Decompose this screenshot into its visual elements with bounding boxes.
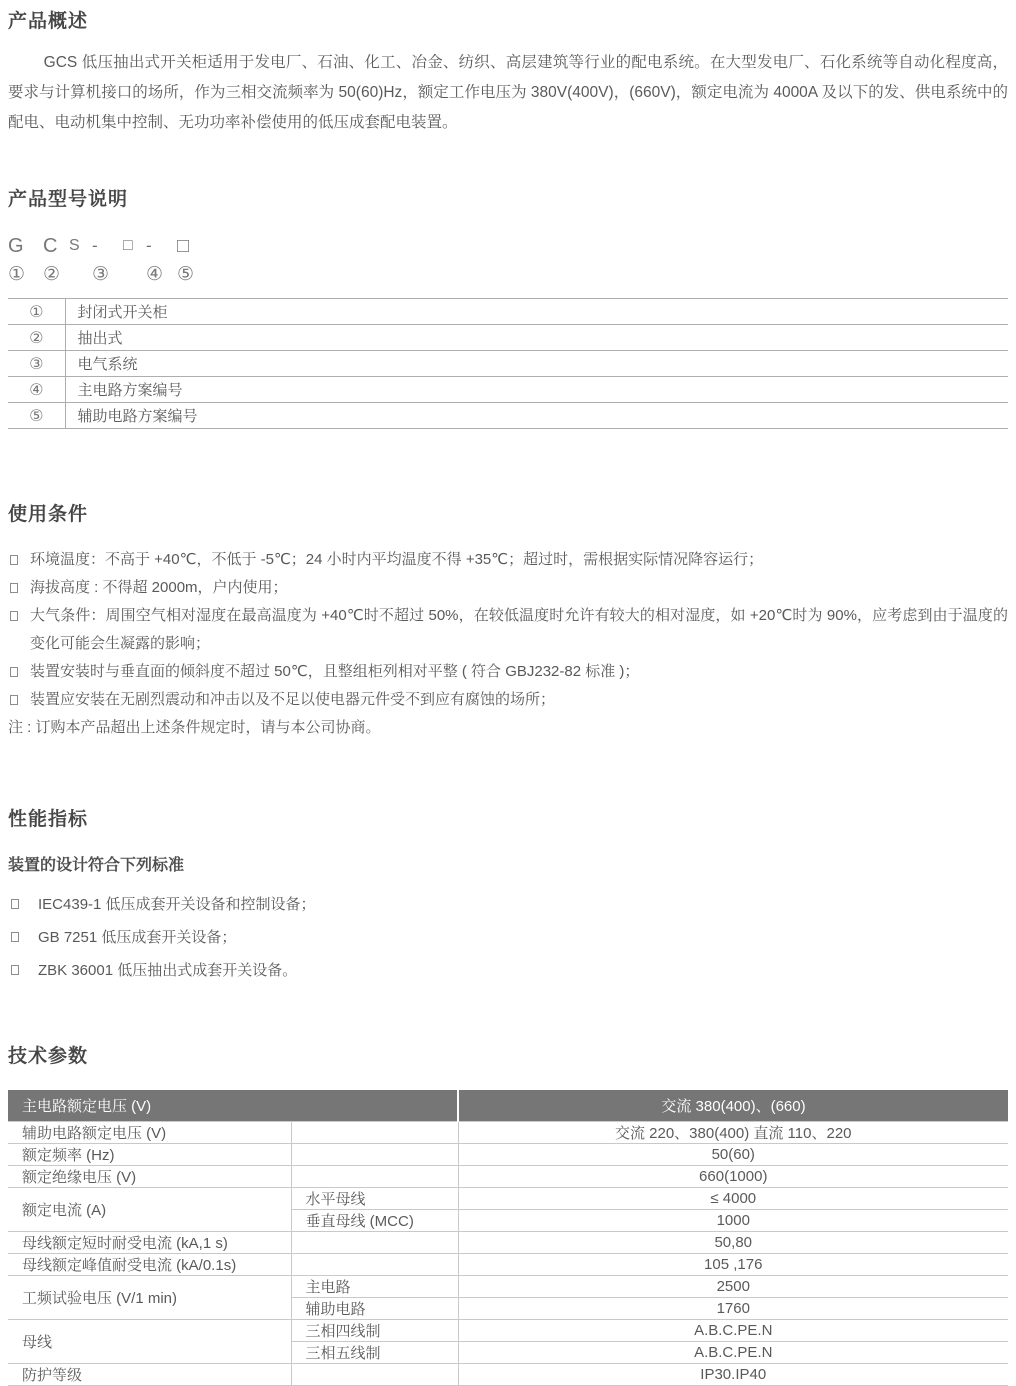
param-value-cell: 105 ,176 [458, 1253, 1008, 1275]
table-row: ④主电路方案编号 [8, 377, 1008, 403]
standard-text: IEC439-1 低压成套开关设备和控制设备； [38, 896, 316, 913]
model-code-index: ③ [92, 261, 146, 289]
performance-title: 性能指标 [8, 804, 1008, 831]
param-value-cell: 1760 [458, 1297, 1008, 1319]
param-label-cell: 工频试验电压 (V/1 min) [8, 1275, 291, 1319]
table-row: 辅助电路额定电压 (V)交流 220、380(400) 直流 110、220 [8, 1121, 1008, 1143]
model-index-cell: ③ [8, 351, 65, 377]
param-label-cell: 额定电流 (A) [8, 1187, 291, 1231]
param-value-cell: ≤ 4000 [458, 1187, 1008, 1209]
table-row: ①封闭式开关柜 [8, 299, 1008, 325]
param-sub-cell [291, 1363, 458, 1385]
square-bullet-icon [11, 932, 19, 942]
param-sub-cell [291, 1143, 458, 1165]
standard-item: GB 7251 低压成套开关设备； [8, 927, 1008, 948]
square-bullet-icon [10, 611, 18, 621]
condition-item: 装置安装时与垂直面的倾斜度不超过 50℃，且整组柜列相对平整 ( 符合 GBJ2… [8, 658, 1008, 686]
param-sub-cell: 三相五线制 [291, 1341, 458, 1363]
condition-text: 装置应安装在无剧烈震动和冲击以及不足以使电器元件受不到应有腐蚀的场所； [30, 691, 555, 708]
condition-text: 装置安装时与垂直面的倾斜度不超过 50℃，且整组柜列相对平整 ( 符合 GBJ2… [30, 663, 639, 680]
standard-item: IEC439-1 低压成套开关设备和控制设备； [8, 894, 1008, 915]
condition-item: 大气条件：周围空气相对湿度在最高温度为 +40℃时不超过 50%，在较低温度时允… [8, 602, 1008, 658]
param-value-cell: 2500 [458, 1275, 1008, 1297]
model-code-part: - [92, 233, 123, 259]
tech-header-value-cell: 交流 380(400)、(660) [458, 1090, 1008, 1121]
square-bullet-icon [10, 583, 18, 593]
param-sub-cell [291, 1121, 458, 1143]
standard-text: GB 7251 低压成套开关设备； [38, 929, 236, 946]
param-label-cell: 母线 [8, 1319, 291, 1363]
table-row: ⑤辅助电路方案编号 [8, 403, 1008, 429]
table-row: 母线额定峰值耐受电流 (kA/0.1s)105 ,176 [8, 1253, 1008, 1275]
model-desc-cell: 电气系统 [65, 351, 1008, 377]
table-row: ③电气系统 [8, 351, 1008, 377]
condition-text: 大气条件：周围空气相对湿度在最高温度为 +40℃时不超过 50%，在较低温度时允… [30, 607, 1008, 652]
performance-subtitle: 装置的设计符合下列标准 [8, 852, 1008, 875]
condition-item: 海拔高度 : 不得超 2000m，户内使用； [8, 574, 1008, 602]
param-sub-cell [291, 1253, 458, 1275]
condition-text: 环境温度：不高于 +40℃，不低于 -5℃；24 小时内平均温度不得 +35℃；… [30, 551, 763, 568]
param-label-cell: 母线额定峰值耐受电流 (kA/0.1s) [8, 1253, 291, 1275]
condition-item: 装置应安装在无剧烈震动和冲击以及不足以使电器元件受不到应有腐蚀的场所； [8, 686, 1008, 714]
tech-params-title: 技术参数 [8, 1041, 1008, 1068]
param-value-cell: 1000 [458, 1209, 1008, 1231]
conditions-note: 注 : 订购本产品超出上述条件规定时，请与本公司协商。 [8, 714, 1008, 742]
model-code-row: GCS-□-□ [8, 233, 1008, 259]
table-row: 额定频率 (Hz)50(60) [8, 1143, 1008, 1165]
model-section: 产品型号说明 GCS-□-□ ①②③④⑤ ①封闭式开关柜②抽出式③电气系统④主电… [8, 184, 1008, 429]
condition-text: 海拔高度 : 不得超 2000m，户内使用； [30, 579, 288, 596]
tech-params-section: 技术参数 主电路额定电压 (V) 交流 380(400)、(660) 辅助电路额… [8, 1041, 1008, 1386]
standard-text: ZBK 36001 低压抽出式成套开关设备。 [38, 962, 297, 979]
model-desc-cell: 抽出式 [65, 325, 1008, 351]
square-bullet-icon [10, 695, 18, 705]
model-code-index: ② [43, 261, 92, 289]
table-row: ②抽出式 [8, 325, 1008, 351]
overview-paragraph: GCS 低压抽出式开关柜适用于发电厂、石油、化工、冶金、纺织、高层建筑等行业的配… [8, 48, 1008, 138]
conditions-list: 环境温度：不高于 +40℃，不低于 -5℃；24 小时内平均温度不得 +35℃；… [8, 546, 1008, 714]
model-index-cell: ① [8, 299, 65, 325]
param-value-cell: 50,80 [458, 1231, 1008, 1253]
param-value-cell: 50(60) [458, 1143, 1008, 1165]
overview-section: 产品概述 GCS 低压抽出式开关柜适用于发电厂、石油、化工、冶金、纺织、高层建筑… [8, 6, 1008, 138]
square-bullet-icon [10, 555, 18, 565]
square-bullet-icon [11, 899, 19, 909]
param-value-cell: IP30.IP40 [458, 1363, 1008, 1385]
model-code-index: ① [8, 261, 43, 289]
param-sub-cell [291, 1231, 458, 1253]
param-label-cell: 母线额定短时耐受电流 (kA,1 s) [8, 1231, 291, 1253]
tech-params-table: 主电路额定电压 (V) 交流 380(400)、(660) 辅助电路额定电压 (… [8, 1090, 1008, 1386]
model-code-index: ⑤ [177, 261, 194, 289]
param-value-cell: 交流 220、380(400) 直流 110、220 [458, 1121, 1008, 1143]
param-label-cell: 辅助电路额定电压 (V) [8, 1121, 291, 1143]
model-code-index-row: ①②③④⑤ [8, 261, 1008, 289]
model-code-index: ④ [146, 261, 177, 289]
param-sub-cell: 辅助电路 [291, 1297, 458, 1319]
tech-header-label-cell: 主电路额定电压 (V) [8, 1090, 458, 1121]
conditions-title: 使用条件 [8, 499, 1008, 526]
param-sub-cell: 垂直母线 (MCC) [291, 1209, 458, 1231]
param-label-cell: 防护等级 [8, 1363, 291, 1385]
conditions-section: 使用条件 环境温度：不高于 +40℃，不低于 -5℃；24 小时内平均温度不得 … [8, 499, 1008, 742]
condition-item: 环境温度：不高于 +40℃，不低于 -5℃；24 小时内平均温度不得 +35℃；… [8, 546, 1008, 574]
model-code-part: G [8, 233, 43, 259]
square-bullet-icon [11, 965, 19, 975]
model-code-part: □ [177, 233, 189, 259]
param-sub-cell [291, 1165, 458, 1187]
model-title: 产品型号说明 [8, 184, 1008, 211]
param-sub-cell: 水平母线 [291, 1187, 458, 1209]
model-desc-cell: 辅助电路方案编号 [65, 403, 1008, 429]
table-row: 母线三相四线制A.B.C.PE.N [8, 1319, 1008, 1341]
table-row: 额定绝缘电压 (V)660(1000) [8, 1165, 1008, 1187]
param-sub-cell: 主电路 [291, 1275, 458, 1297]
param-sub-cell: 三相四线制 [291, 1319, 458, 1341]
model-index-cell: ② [8, 325, 65, 351]
standard-item: ZBK 36001 低压抽出式成套开关设备。 [8, 960, 1008, 981]
model-table: ①封闭式开关柜②抽出式③电气系统④主电路方案编号⑤辅助电路方案编号 [8, 298, 1008, 429]
param-value-cell: A.B.C.PE.N [458, 1319, 1008, 1341]
model-index-cell: ④ [8, 377, 65, 403]
table-row: 母线额定短时耐受电流 (kA,1 s)50,80 [8, 1231, 1008, 1253]
performance-list: IEC439-1 低压成套开关设备和控制设备；GB 7251 低压成套开关设备；… [8, 894, 1008, 981]
model-code-part: - [146, 233, 177, 259]
table-row: 额定电流 (A)水平母线≤ 4000 [8, 1187, 1008, 1209]
square-bullet-icon [10, 667, 18, 677]
model-code-part: □ [123, 233, 146, 259]
performance-section: 性能指标 装置的设计符合下列标准 IEC439-1 低压成套开关设备和控制设备；… [8, 804, 1008, 981]
table-row: 防护等级IP30.IP40 [8, 1363, 1008, 1385]
model-index-cell: ⑤ [8, 403, 65, 429]
tech-header-row: 主电路额定电压 (V) 交流 380(400)、(660) [8, 1090, 1008, 1121]
model-code-part: S [69, 233, 92, 259]
overview-title: 产品概述 [8, 6, 1008, 33]
param-value-cell: 660(1000) [458, 1165, 1008, 1187]
param-value-cell: A.B.C.PE.N [458, 1341, 1008, 1363]
table-row: 工频试验电压 (V/1 min)主电路2500 [8, 1275, 1008, 1297]
param-label-cell: 额定频率 (Hz) [8, 1143, 291, 1165]
model-desc-cell: 封闭式开关柜 [65, 299, 1008, 325]
model-desc-cell: 主电路方案编号 [65, 377, 1008, 403]
param-label-cell: 额定绝缘电压 (V) [8, 1165, 291, 1187]
model-code-part: C [43, 233, 69, 259]
